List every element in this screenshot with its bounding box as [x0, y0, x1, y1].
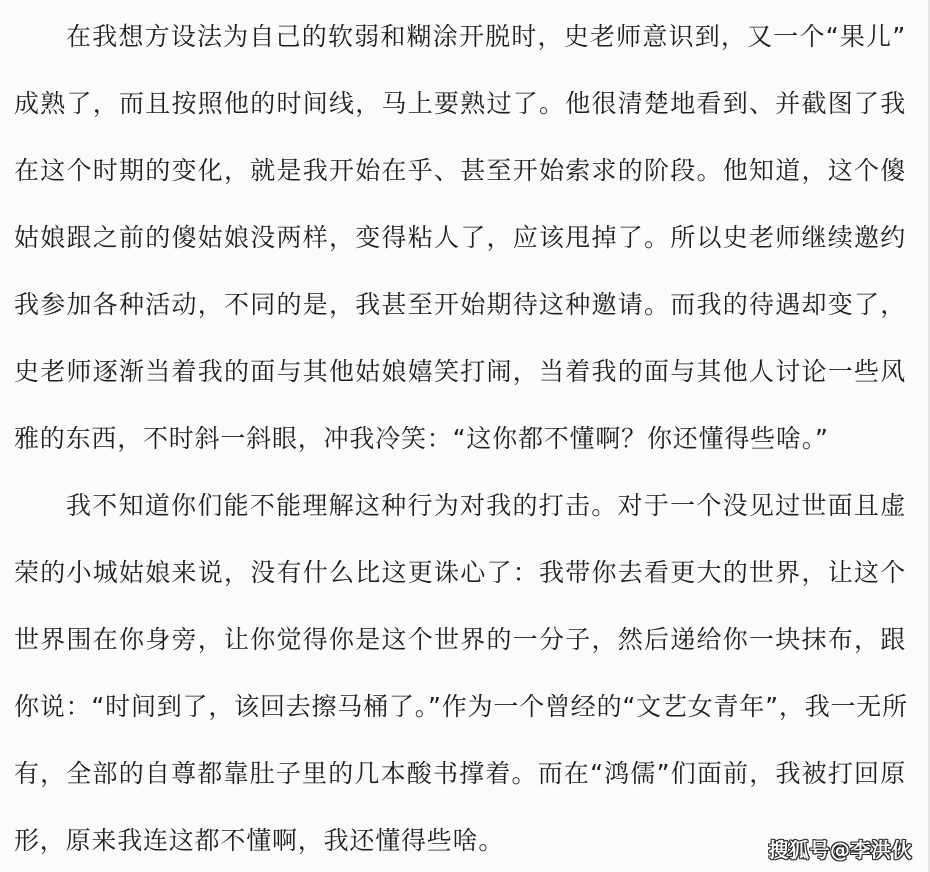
paragraph-1-line-3: 在这个时期的变化，就是我开始在乎、甚至开始索求的阶段。他知道，这个傻 [14, 156, 906, 186]
paragraph-2-line-3: 世界围在你身旁，让你觉得你是这个世界的一分子，然后递给你一块抹布，跟 [14, 625, 906, 655]
paragraph-1-line-2: 成熟了，而且按照他的时间线，马上要熟过了。他很清楚地看到、并截图了我 [14, 89, 906, 119]
paragraph-1-line-5: 我参加各种活动，不同的是，我甚至开始期待这种邀请。而我的待遇却变了， [14, 290, 906, 320]
paragraph-1-line-7: 雅的东西，不时斜一斜眼，冲我冷笑：“这你都不懂啊？你还懂得些啥。” [14, 424, 906, 454]
paragraph-2-line-1: 我不知道你们能不能理解这种行为对我的打击。对于一个没见过世面且虚 [66, 491, 906, 521]
paragraph-1-line-1: 在我想方设法为自己的软弱和糊涂开脱时，史老师意识到，又一个“果儿” [66, 22, 906, 52]
paragraph-1-line-6: 史老师逐渐当着我的面与其他姑娘嬉笑打闹，当着我的面与其他人讨论一些风 [14, 357, 906, 387]
paragraph-2-line-4: 你说：“时间到了，该回去擦马桶了。”作为一个曾经的“文艺女青年”，我一无所 [14, 692, 906, 722]
paragraph-2-line-2: 荣的小城姑娘来说，没有什么比这更诛心了：我带你去看更大的世界，让这个 [14, 558, 906, 588]
watermark: 搜狐号@李洪伙 [769, 838, 913, 862]
paragraph-1-line-4: 姑娘跟之前的傻姑娘没两样，变得粘人了，应该甩掉了。所以史老师继续邀约 [14, 223, 906, 253]
document-page: 在我想方设法为自己的软弱和糊涂开脱时，史老师意识到，又一个“果儿” 成熟了，而且… [0, 0, 930, 872]
paragraph-2-line-5: 有，全部的自尊都靠肚子里的几本酸书撑着。而在“鸿儒”们面前，我被打回原 [14, 759, 906, 789]
